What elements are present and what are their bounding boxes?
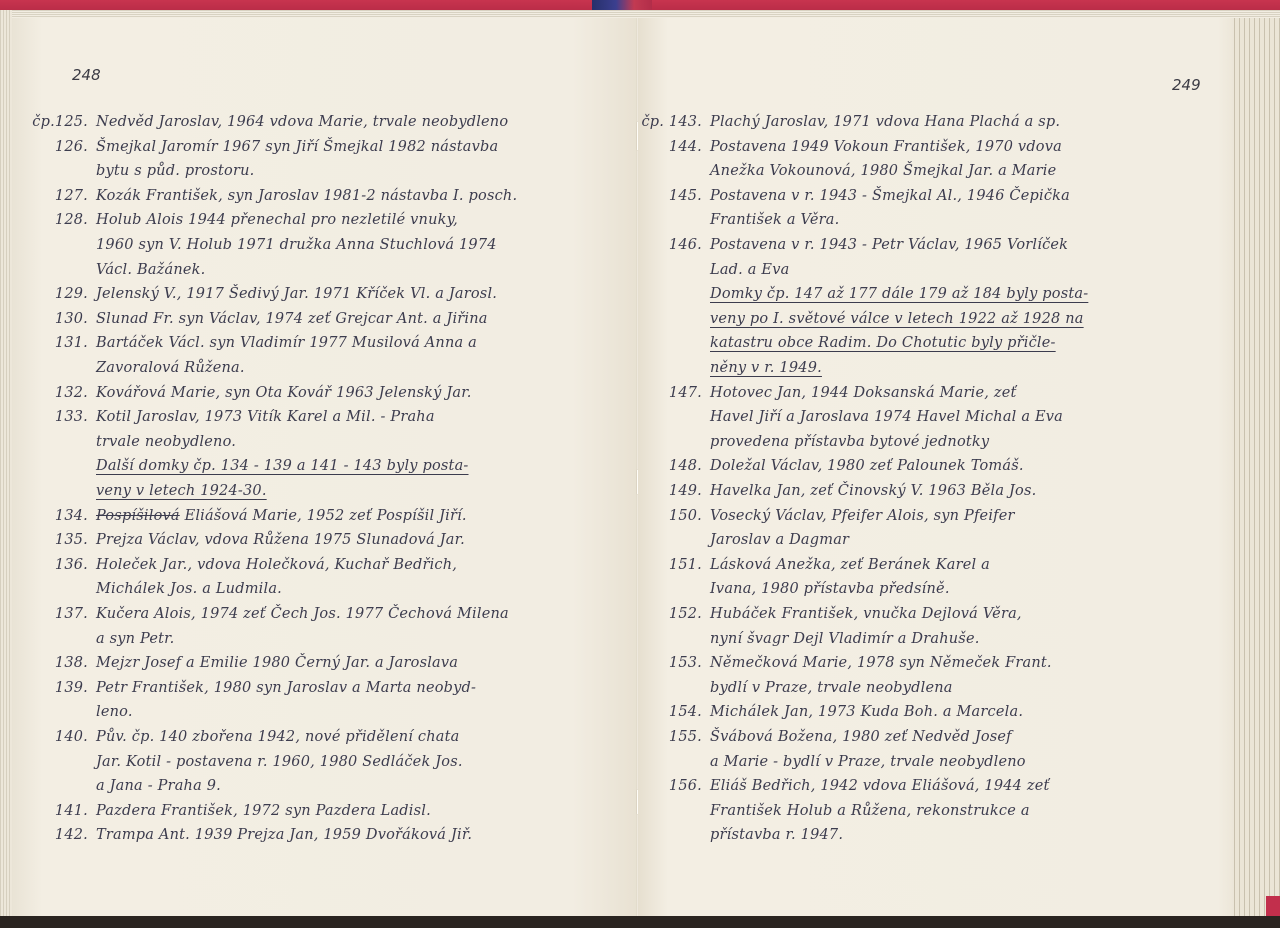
register-entry: 144.Postavena 1949 Vokoun František, 197… bbox=[638, 139, 1062, 155]
house-number: 129. bbox=[8, 286, 88, 302]
register-entry: 132.Kovářová Marie, syn Ota Kovář 1963 J… bbox=[8, 385, 472, 401]
house-number: čp.125. bbox=[8, 114, 88, 130]
entry-text: Pův. čp. 140 zbořena 1942, nové přidělen… bbox=[96, 729, 460, 745]
house-number: 155. bbox=[638, 729, 702, 745]
entry-text: Michálek Jan, 1973 Kuda Boh. a Marcela. bbox=[710, 704, 1023, 720]
entry-text: Zavoralová Růžena. bbox=[96, 360, 245, 376]
house-number: 142. bbox=[8, 827, 88, 843]
house-number: 130. bbox=[8, 311, 88, 327]
house-number: 144. bbox=[638, 139, 702, 155]
house-number: 133. bbox=[8, 409, 88, 425]
section-note-line: veny v letech 1924-30. bbox=[8, 483, 267, 499]
entry-text: veny po I. světové válce v letech 1922 a… bbox=[710, 311, 1084, 327]
entry-text: Kozák František, syn Jaroslav 1981-2 nás… bbox=[96, 188, 517, 204]
register-entry: 126.Šmejkal Jaromír 1967 syn Jiří Šmejka… bbox=[8, 139, 498, 155]
entry-text: Anežka Vokounová, 1980 Šmejkal Jar. a Ma… bbox=[710, 163, 1056, 179]
entry-text: Michálek Jos. a Ludmila. bbox=[96, 581, 282, 597]
entry-continuation: a syn Petr. bbox=[8, 631, 175, 647]
entry-text: bydlí v Praze, trvale neobydlena bbox=[710, 680, 953, 696]
entry-text: Jar. Kotil - postavena r. 1960, 1980 Sed… bbox=[96, 754, 463, 770]
register-entry: 137.Kučera Alois, 1974 zeť Čech Jos. 197… bbox=[8, 606, 509, 622]
register-entry: 146.Postavena v r. 1943 - Petr Václav, 1… bbox=[638, 237, 1068, 253]
register-entry: 133.Kotil Jaroslav, 1973 Vitík Karel a M… bbox=[8, 409, 435, 425]
house-number: 154. bbox=[638, 704, 702, 720]
entry-continuation: Václ. Bažánek. bbox=[8, 262, 205, 278]
house-number: 149. bbox=[638, 483, 702, 499]
entry-text: provedena přístavba bytové jednotky bbox=[710, 434, 989, 450]
entry-text: trvale neobydleno. bbox=[96, 434, 236, 450]
house-number: 134. bbox=[8, 508, 88, 524]
house-number: 140. bbox=[8, 729, 88, 745]
entry-text: a Marie - bydlí v Praze, trvale neobydle… bbox=[710, 754, 1026, 770]
entry-continuation: přístavba r. 1947. bbox=[638, 827, 843, 843]
register-entry: 150.Vosecký Václav, Pfeifer Alois, syn P… bbox=[638, 508, 1015, 524]
section-note-line: Domky čp. 147 až 177 dále 179 až 184 byl… bbox=[638, 286, 1088, 302]
register-entry: 145.Postavena v r. 1943 - Šmejkal Al., 1… bbox=[638, 188, 1070, 204]
section-note-line: veny po I. světové válce v letech 1922 a… bbox=[638, 311, 1084, 327]
house-number: 147. bbox=[638, 385, 702, 401]
entry-continuation: leno. bbox=[8, 704, 133, 720]
house-number: 138. bbox=[8, 655, 88, 671]
house-number: 156. bbox=[638, 778, 702, 794]
entry-text: Vosecký Václav, Pfeifer Alois, syn Pfeif… bbox=[710, 508, 1015, 524]
entry-text: Prejza Václav, vdova Růžena 1975 Slunado… bbox=[96, 532, 465, 548]
house-number: 135. bbox=[8, 532, 88, 548]
register-entry: 129.Jelenský V., 1917 Šedivý Jar. 1971 K… bbox=[8, 286, 497, 302]
entry-text: Jelenský V., 1917 Šedivý Jar. 1971 Kříče… bbox=[96, 286, 497, 302]
entry-text: katastru obce Radim. Do Chotutic byly př… bbox=[710, 335, 1056, 351]
entry-text: Hubáček František, vnučka Dejlová Věra, bbox=[710, 606, 1022, 622]
register-entry: 136.Holeček Jar., vdova Holečková, Kucha… bbox=[8, 557, 457, 573]
house-number: 153. bbox=[638, 655, 702, 671]
register-entry: 151.Lásková Anežka, zeť Beránek Karel a bbox=[638, 557, 990, 573]
register-entry: 147.Hotovec Jan, 1944 Doksanská Marie, z… bbox=[638, 385, 1017, 401]
register-entry: 142.Trampa Ant. 1939 Prejza Jan, 1959 Dv… bbox=[8, 827, 472, 843]
section-note-line: Další domky čp. 134 - 139 a 141 - 143 by… bbox=[8, 458, 469, 474]
entry-text: Lásková Anežka, zeť Beránek Karel a bbox=[710, 557, 990, 573]
register-entry: 155.Švábová Božena, 1980 zeť Nedvěd Jose… bbox=[638, 729, 1012, 745]
entry-continuation: Zavoralová Růžena. bbox=[8, 360, 245, 376]
section-note-line: katastru obce Radim. Do Chotutic byly př… bbox=[638, 335, 1056, 351]
entry-text: Postavena 1949 Vokoun František, 1970 vd… bbox=[710, 139, 1062, 155]
house-number: 145. bbox=[638, 188, 702, 204]
entry-text: Doležal Václav, 1980 zeť Palounek Tomáš. bbox=[710, 458, 1024, 474]
register-entry: čp. 143.Plachý Jaroslav, 1971 vdova Hana… bbox=[638, 114, 1060, 130]
entry-text: Havelka Jan, zeť Činovský V. 1963 Běla J… bbox=[710, 483, 1036, 499]
register-entry: 134.Pospíšilová Eliášová Marie, 1952 zeť… bbox=[8, 508, 467, 524]
entry-text: Holub Alois 1944 přenechal pro nezletilé… bbox=[96, 212, 458, 228]
entry-continuation: bytu s půd. prostoru. bbox=[8, 163, 254, 179]
entry-continuation: František Holub a Růžena, rekonstrukce a bbox=[638, 803, 1030, 819]
entry-text: Němečková Marie, 1978 syn Němeček Frant. bbox=[710, 655, 1052, 671]
register-entry: 130.Slunad Fr. syn Václav, 1974 zeť Grej… bbox=[8, 311, 488, 327]
entry-text: bytu s půd. prostoru. bbox=[96, 163, 254, 179]
house-number: 127. bbox=[8, 188, 88, 204]
register-entry: 135.Prejza Václav, vdova Růžena 1975 Slu… bbox=[8, 532, 465, 548]
entry-text: Postavena v r. 1943 - Petr Václav, 1965 … bbox=[710, 237, 1068, 253]
entry-text: Kotil Jaroslav, 1973 Vitík Karel a Mil. … bbox=[96, 409, 435, 425]
entry-text: Nedvěd Jaroslav, 1964 vdova Marie, trval… bbox=[96, 114, 508, 130]
house-number: 128. bbox=[8, 212, 88, 228]
page-number: 249 bbox=[1172, 76, 1201, 94]
entry-text: Švábová Božena, 1980 zeť Nedvěd Josef bbox=[710, 729, 1012, 745]
entry-text: Postavena v r. 1943 - Šmejkal Al., 1946 … bbox=[710, 188, 1070, 204]
entry-text: Mejzr Josef a Emilie 1980 Černý Jar. a J… bbox=[96, 655, 458, 671]
entry-text: nyní švagr Dejl Vladimír a Drahuše. bbox=[710, 631, 980, 647]
struck-out-name: Pospíšilová bbox=[96, 508, 180, 524]
house-number: 151. bbox=[638, 557, 702, 573]
entry-text: Bartáček Václ. syn Vladimír 1977 Musilov… bbox=[96, 335, 477, 351]
entry-continuation: František a Věra. bbox=[638, 212, 839, 228]
register-entry: 154.Michálek Jan, 1973 Kuda Boh. a Marce… bbox=[638, 704, 1023, 720]
entry-text: a Jana - Praha 9. bbox=[96, 778, 221, 794]
entry-text: veny v letech 1924-30. bbox=[96, 483, 267, 499]
entry-continuation: a Marie - bydlí v Praze, trvale neobydle… bbox=[638, 754, 1026, 770]
house-number: 141. bbox=[8, 803, 88, 819]
house-number: 152. bbox=[638, 606, 702, 622]
register-entry: 131.Bartáček Václ. syn Vladimír 1977 Mus… bbox=[8, 335, 477, 351]
entry-text: Ivana, 1980 přístavba předsíně. bbox=[710, 581, 950, 597]
entry-continuation: Jaroslav a Dagmar bbox=[638, 532, 849, 548]
register-entry: 128.Holub Alois 1944 přenechal pro nezle… bbox=[8, 212, 458, 228]
entry-text: Eliášová Marie, 1952 zeť Pospíšil Jiří. bbox=[185, 508, 467, 524]
entry-text: Eliáš Bedřich, 1942 vdova Eliášová, 1944… bbox=[710, 778, 1050, 794]
left-page: 248 čp.125.Nedvěd Jaroslav, 1964 vdova M… bbox=[12, 18, 638, 916]
house-number: 132. bbox=[8, 385, 88, 401]
entry-text: Šmejkal Jaromír 1967 syn Jiří Šmejkal 19… bbox=[96, 139, 498, 155]
entry-text: Lad. a Eva bbox=[710, 262, 789, 278]
section-note-line: něny v r. 1949. bbox=[638, 360, 822, 376]
register-entry: 152.Hubáček František, vnučka Dejlová Vě… bbox=[638, 606, 1022, 622]
entry-text: Kučera Alois, 1974 zeť Čech Jos. 1977 Če… bbox=[96, 606, 509, 622]
entry-text: Petr František, 1980 syn Jaroslav a Mart… bbox=[96, 680, 476, 696]
page-edges-right bbox=[1234, 18, 1280, 916]
page-number: 248 bbox=[72, 66, 101, 84]
right-page: 249 čp. 143.Plachý Jaroslav, 1971 vdova … bbox=[638, 18, 1234, 916]
house-number: 148. bbox=[638, 458, 702, 474]
entry-text: Jaroslav a Dagmar bbox=[710, 532, 849, 548]
entry-continuation: 1960 syn V. Holub 1971 družka Anna Stuch… bbox=[8, 237, 497, 253]
entry-text: 1960 syn V. Holub 1971 družka Anna Stuch… bbox=[96, 237, 497, 253]
house-number: 150. bbox=[638, 508, 702, 524]
entry-continuation: Michálek Jos. a Ludmila. bbox=[8, 581, 282, 597]
entry-continuation: Jar. Kotil - postavena r. 1960, 1980 Sed… bbox=[8, 754, 463, 770]
entry-text: Hotovec Jan, 1944 Doksanská Marie, zeť bbox=[710, 385, 1017, 401]
entry-continuation: provedena přístavba bytové jednotky bbox=[638, 434, 989, 450]
register-entry: 156.Eliáš Bedřich, 1942 vdova Eliášová, … bbox=[638, 778, 1050, 794]
house-number: 137. bbox=[8, 606, 88, 622]
entry-continuation: a Jana - Praha 9. bbox=[8, 778, 221, 794]
entry-continuation: Lad. a Eva bbox=[638, 262, 789, 278]
register-entry: čp.125.Nedvěd Jaroslav, 1964 vdova Marie… bbox=[8, 114, 508, 130]
register-entry: 148.Doležal Václav, 1980 zeť Palounek To… bbox=[638, 458, 1024, 474]
entry-text: leno. bbox=[96, 704, 133, 720]
entry-text: Pazdera František, 1972 syn Pazdera Ladi… bbox=[96, 803, 431, 819]
entry-text: Václ. Bažánek. bbox=[96, 262, 205, 278]
entry-text: František Holub a Růžena, rekonstrukce a bbox=[710, 803, 1030, 819]
entry-continuation: bydlí v Praze, trvale neobydlena bbox=[638, 680, 953, 696]
entry-text: Kovářová Marie, syn Ota Kovář 1963 Jelen… bbox=[96, 385, 472, 401]
entry-text: a syn Petr. bbox=[96, 631, 175, 647]
entry-text: Domky čp. 147 až 177 dále 179 až 184 byl… bbox=[710, 286, 1088, 302]
entry-continuation: trvale neobydleno. bbox=[8, 434, 236, 450]
house-number: 146. bbox=[638, 237, 702, 253]
register-entry: 139.Petr František, 1980 syn Jaroslav a … bbox=[8, 680, 476, 696]
book-bottom-shadow bbox=[0, 916, 1280, 928]
entry-text: František a Věra. bbox=[710, 212, 839, 228]
register-entry: 153.Němečková Marie, 1978 syn Němeček Fr… bbox=[638, 655, 1052, 671]
entry-text: něny v r. 1949. bbox=[710, 360, 822, 376]
entry-continuation: Havel Jiří a Jaroslava 1974 Havel Michal… bbox=[638, 409, 1063, 425]
register-entry: 141.Pazdera František, 1972 syn Pazdera … bbox=[8, 803, 431, 819]
entry-text: Holeček Jar., vdova Holečková, Kuchař Be… bbox=[96, 557, 457, 573]
house-number: 126. bbox=[8, 139, 88, 155]
entry-text: Plachý Jaroslav, 1971 vdova Hana Plachá … bbox=[710, 114, 1060, 130]
register-entry: 127.Kozák František, syn Jaroslav 1981-2… bbox=[8, 188, 517, 204]
entry-text: Trampa Ant. 1939 Prejza Jan, 1959 Dvořák… bbox=[96, 827, 472, 843]
register-entry: 140.Pův. čp. 140 zbořena 1942, nové přid… bbox=[8, 729, 460, 745]
register-entry: 149.Havelka Jan, zeť Činovský V. 1963 Bě… bbox=[638, 483, 1036, 499]
entry-text: Další domky čp. 134 - 139 a 141 - 143 by… bbox=[96, 458, 469, 474]
entry-continuation: Anežka Vokounová, 1980 Šmejkal Jar. a Ma… bbox=[638, 163, 1056, 179]
house-number: čp. 143. bbox=[638, 114, 702, 130]
entry-text: Slunad Fr. syn Václav, 1974 zeť Grejcar … bbox=[96, 311, 488, 327]
entry-continuation: nyní švagr Dejl Vladimír a Drahuše. bbox=[638, 631, 980, 647]
entry-text: Havel Jiří a Jaroslava 1974 Havel Michal… bbox=[710, 409, 1063, 425]
entry-text: přístavba r. 1947. bbox=[710, 827, 843, 843]
house-number: 139. bbox=[8, 680, 88, 696]
entry-continuation: Ivana, 1980 přístavba předsíně. bbox=[638, 581, 950, 597]
house-number: 136. bbox=[8, 557, 88, 573]
house-number: 131. bbox=[8, 335, 88, 351]
register-entry: 138.Mejzr Josef a Emilie 1980 Černý Jar.… bbox=[8, 655, 458, 671]
